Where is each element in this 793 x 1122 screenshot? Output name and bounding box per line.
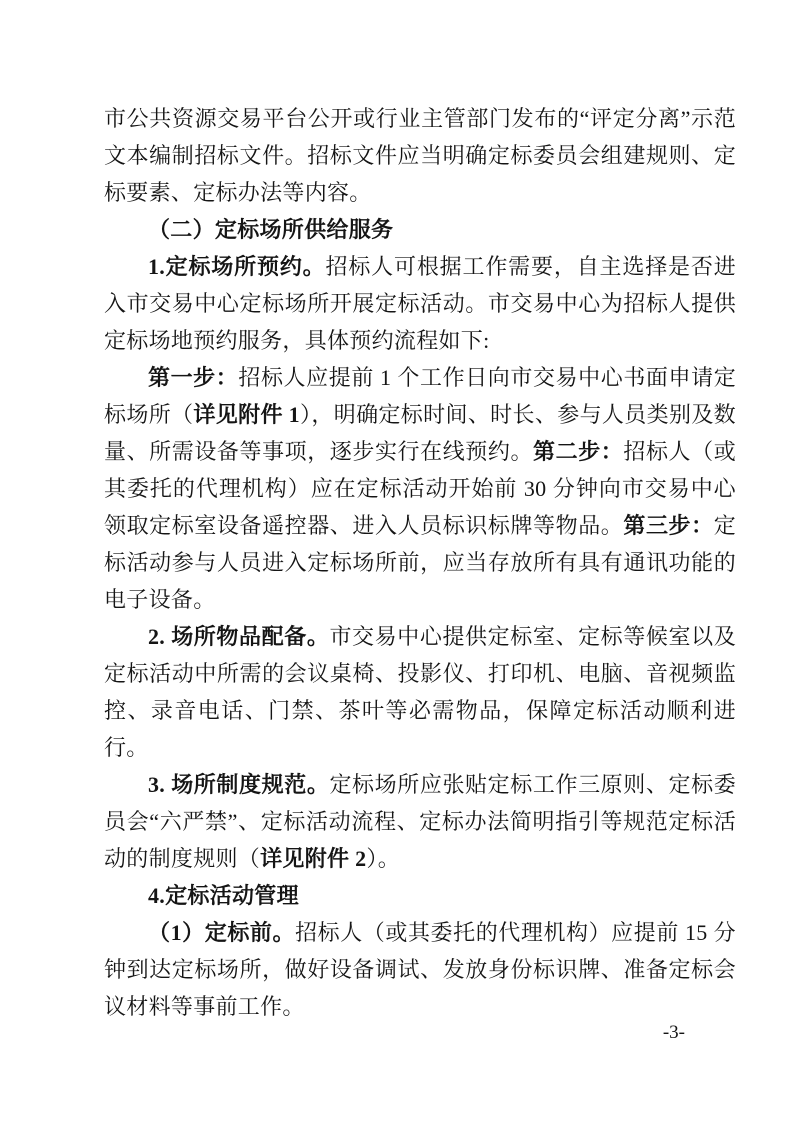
paragraph: 2. 场所物品配备。市交易中心提供定标室、定标等候室以及定标活动中所需的会议桌椅… xyxy=(104,618,736,766)
paragraph: （1）定标前。招标人（或其委托的代理机构）应提前 15 分钟到达定标场所，做好设… xyxy=(104,914,736,1025)
bold-text-run: 3. 场所制度规范。 xyxy=(148,772,329,797)
bold-text-run: 第一步： xyxy=(148,365,238,390)
bold-text-run: 4.定标活动管理 xyxy=(148,883,299,908)
bold-text-run: 2. 场所物品配备。 xyxy=(148,624,329,649)
paragraph: 市公共资源交易平台公开或行业主管部门发布的“评定分离”示范文本编制招标文件。招标… xyxy=(104,100,736,211)
paragraph: 第一步：招标人应提前 1 个工作日向市交易中心书面申请定标场所（详见附件 1），… xyxy=(104,359,736,618)
page-number: -3- xyxy=(663,1022,685,1044)
bold-text-run: 第三步： xyxy=(623,513,713,538)
document-page: 市公共资源交易平台公开或行业主管部门发布的“评定分离”示范文本编制招标文件。招标… xyxy=(0,0,793,1122)
text-run: ）。 xyxy=(366,846,400,871)
paragraph: 4.定标活动管理 xyxy=(104,877,736,914)
paragraph: 1.定标场所预约。招标人可根据工作需要，自主选择是否进入市交易中心定标场所开展定… xyxy=(104,248,736,359)
bold-text-run: 1.定标场所预约。 xyxy=(148,254,326,279)
bold-text-run: 第二步： xyxy=(533,439,623,464)
bold-text-run: 详见附件 1 xyxy=(193,402,300,427)
bold-text-run: （二）定标场所供给服务 xyxy=(148,217,393,242)
paragraph: 3. 场所制度规范。定标场所应张贴定标工作三原则、定标委员会“六严禁”、定标活动… xyxy=(104,766,736,877)
bold-text-run: 详见附件 2 xyxy=(260,846,366,871)
bold-text-run: （1）定标前。 xyxy=(148,920,295,945)
text-run: 市公共资源交易平台公开或行业主管部门发布的“评定分离”示范文本编制招标文件。招标… xyxy=(104,106,736,205)
document-body: 市公共资源交易平台公开或行业主管部门发布的“评定分离”示范文本编制招标文件。招标… xyxy=(104,100,736,1025)
paragraph: （二）定标场所供给服务 xyxy=(104,211,736,248)
